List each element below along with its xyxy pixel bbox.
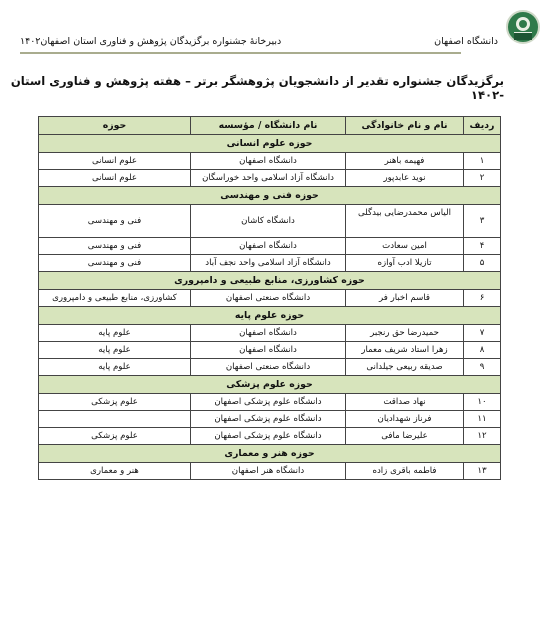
field-cell: هنر و معماری	[39, 463, 191, 480]
field-cell: علوم پایه	[39, 342, 191, 359]
column-header-field: حوزه	[39, 117, 191, 135]
section-title: حوزه کشاورزی، منابع طبیعی و دامپروری	[39, 272, 501, 290]
rank-cell: ۹	[464, 359, 501, 376]
rank-cell: ۲	[464, 170, 501, 187]
rank-cell: ۱	[464, 153, 501, 170]
field-cell: علوم پزشکی	[39, 394, 191, 411]
rank-cell: ۶	[464, 290, 501, 307]
document-title: برگزیدگان جشنواره تقدیر از دانشجویان پژو…	[0, 74, 504, 102]
rank-cell: ۱۱	[464, 411, 501, 428]
name-cell: نهاد صداقت	[346, 394, 464, 411]
field-cell: کشاورزی، منابع طبیعی و دامپروری	[39, 290, 191, 307]
table-row: ۸ زهرا استاد شریف معمار دانشگاه اصفهان ع…	[39, 342, 501, 359]
section-header-row: حوزه کشاورزی، منابع طبیعی و دامپروری	[39, 272, 501, 290]
field-cell: فنی و مهندسی	[39, 205, 191, 238]
section-header-row: حوزه علوم پایه	[39, 307, 501, 325]
document-header: دانشگاه اصفهان دبیرخانهٔ جشنواره برگزیدگ…	[20, 0, 510, 54]
name-cell: فهیمه باهنر	[346, 153, 464, 170]
field-cell: فنی و مهندسی	[39, 238, 191, 255]
name-cell: زهرا استاد شریف معمار	[346, 342, 464, 359]
university-cell: دانشگاه هنر اصفهان	[191, 463, 346, 480]
table-row: ۲ نوید عابدپور دانشگاه آزاد اسلامی واحد …	[39, 170, 501, 187]
table-row: ۳ الیاس محمدرضایی بیدگلی دانشگاه کاشان ف…	[39, 205, 501, 238]
column-header-name: نام و نام خانوادگی	[346, 117, 464, 135]
university-cell: دانشگاه آزاد اسلامی واحد نجف آباد	[191, 255, 346, 272]
university-cell: دانشگاه علوم پزشکی اصفهان	[191, 428, 346, 445]
name-cell: نوید عابدپور	[346, 170, 464, 187]
section-header-row: حوزه فنی و مهندسی	[39, 187, 501, 205]
rank-cell: ۱۲	[464, 428, 501, 445]
university-cell: دانشگاه صنعتی اصفهان	[191, 359, 346, 376]
section-title: حوزه هنر و معماری	[39, 445, 501, 463]
table-row: ۱۰ نهاد صداقت دانشگاه علوم پزشکی اصفهان …	[39, 394, 501, 411]
table-row: ۱۲ علیرضا مافی دانشگاه علوم پزشکی اصفهان…	[39, 428, 501, 445]
column-header-university: نام دانشگاه / مؤسسه	[191, 117, 346, 135]
rank-cell: ۷	[464, 325, 501, 342]
table-row: ۹ صدیقه ربیعی جیلدانی دانشگاه صنعتی اصفه…	[39, 359, 501, 376]
rank-cell: ۸	[464, 342, 501, 359]
name-cell: صدیقه ربیعی جیلدانی	[346, 359, 464, 376]
university-cell: دانشگاه اصفهان	[191, 342, 346, 359]
field-cell: علوم پایه	[39, 325, 191, 342]
name-cell: تازیلا ادب آوازه	[346, 255, 464, 272]
name-cell: علیرضا مافی	[346, 428, 464, 445]
section-title: حوزه علوم انسانی	[39, 135, 501, 153]
name-cell: فرناز شهدادیان	[346, 411, 464, 428]
section-header-row: حوزه علوم پزشکی	[39, 376, 501, 394]
rank-cell: ۱۰	[464, 394, 501, 411]
field-cell	[39, 411, 191, 428]
university-cell: دانشگاه کاشان	[191, 205, 346, 238]
university-name: دانشگاه اصفهان	[434, 36, 498, 47]
rank-cell: ۳	[464, 205, 501, 238]
table-row: ۶ قاسم اخبار فر دانشگاه صنعتی اصفهان کشا…	[39, 290, 501, 307]
field-cell: علوم پزشکی	[39, 428, 191, 445]
rank-cell: ۱۳	[464, 463, 501, 480]
name-cell: قاسم اخبار فر	[346, 290, 464, 307]
university-cell: دانشگاه اصفهان	[191, 325, 346, 342]
table-row: ۴ امین سعادت دانشگاه اصفهان فنی و مهندسی	[39, 238, 501, 255]
rank-cell: ۵	[464, 255, 501, 272]
section-header-row: حوزه علوم انسانی	[39, 135, 501, 153]
section-title: حوزه علوم پایه	[39, 307, 501, 325]
name-cell: امین سعادت	[346, 238, 464, 255]
name-cell: حمیدرضا حق رنجبر	[346, 325, 464, 342]
table-row: ۱۳ فاطمه باقری زاده دانشگاه هنر اصفهان ه…	[39, 463, 501, 480]
field-cell: علوم پایه	[39, 359, 191, 376]
section-title: حوزه علوم پزشکی	[39, 376, 501, 394]
secretariat-label: دبیرخانهٔ جشنواره برگزیدگان پژوهش و فناو…	[20, 36, 281, 47]
university-cell: دانشگاه آزاد اسلامی واحد خوراسگان	[191, 170, 346, 187]
table-header-row: ردیف نام و نام خانوادگی نام دانشگاه / مؤ…	[39, 117, 501, 135]
rank-cell: ۴	[464, 238, 501, 255]
section-title: حوزه فنی و مهندسی	[39, 187, 501, 205]
table-row: ۱ فهیمه باهنر دانشگاه اصفهان علوم انسانی	[39, 153, 501, 170]
header-divider	[20, 52, 461, 54]
field-cell: فنی و مهندسی	[39, 255, 191, 272]
winners-table: ردیف نام و نام خانوادگی نام دانشگاه / مؤ…	[38, 116, 501, 480]
name-cell: فاطمه باقری زاده	[346, 463, 464, 480]
university-logo-icon	[506, 10, 540, 44]
table-row: ۱۱ فرناز شهدادیان دانشگاه علوم پزشکی اصف…	[39, 411, 501, 428]
table-row: ۵ تازیلا ادب آوازه دانشگاه آزاد اسلامی و…	[39, 255, 501, 272]
university-cell: دانشگاه علوم پزشکی اصفهان	[191, 394, 346, 411]
field-cell: علوم انسانی	[39, 153, 191, 170]
university-cell: دانشگاه صنعتی اصفهان	[191, 290, 346, 307]
table-row: ۷ حمیدرضا حق رنجبر دانشگاه اصفهان علوم پ…	[39, 325, 501, 342]
section-header-row: حوزه هنر و معماری	[39, 445, 501, 463]
university-cell: دانشگاه علوم پزشکی اصفهان	[191, 411, 346, 428]
name-cell: الیاس محمدرضایی بیدگلی	[346, 205, 464, 238]
field-cell: علوم انسانی	[39, 170, 191, 187]
university-cell: دانشگاه اصفهان	[191, 153, 346, 170]
university-cell: دانشگاه اصفهان	[191, 238, 346, 255]
column-header-rank: ردیف	[464, 117, 501, 135]
